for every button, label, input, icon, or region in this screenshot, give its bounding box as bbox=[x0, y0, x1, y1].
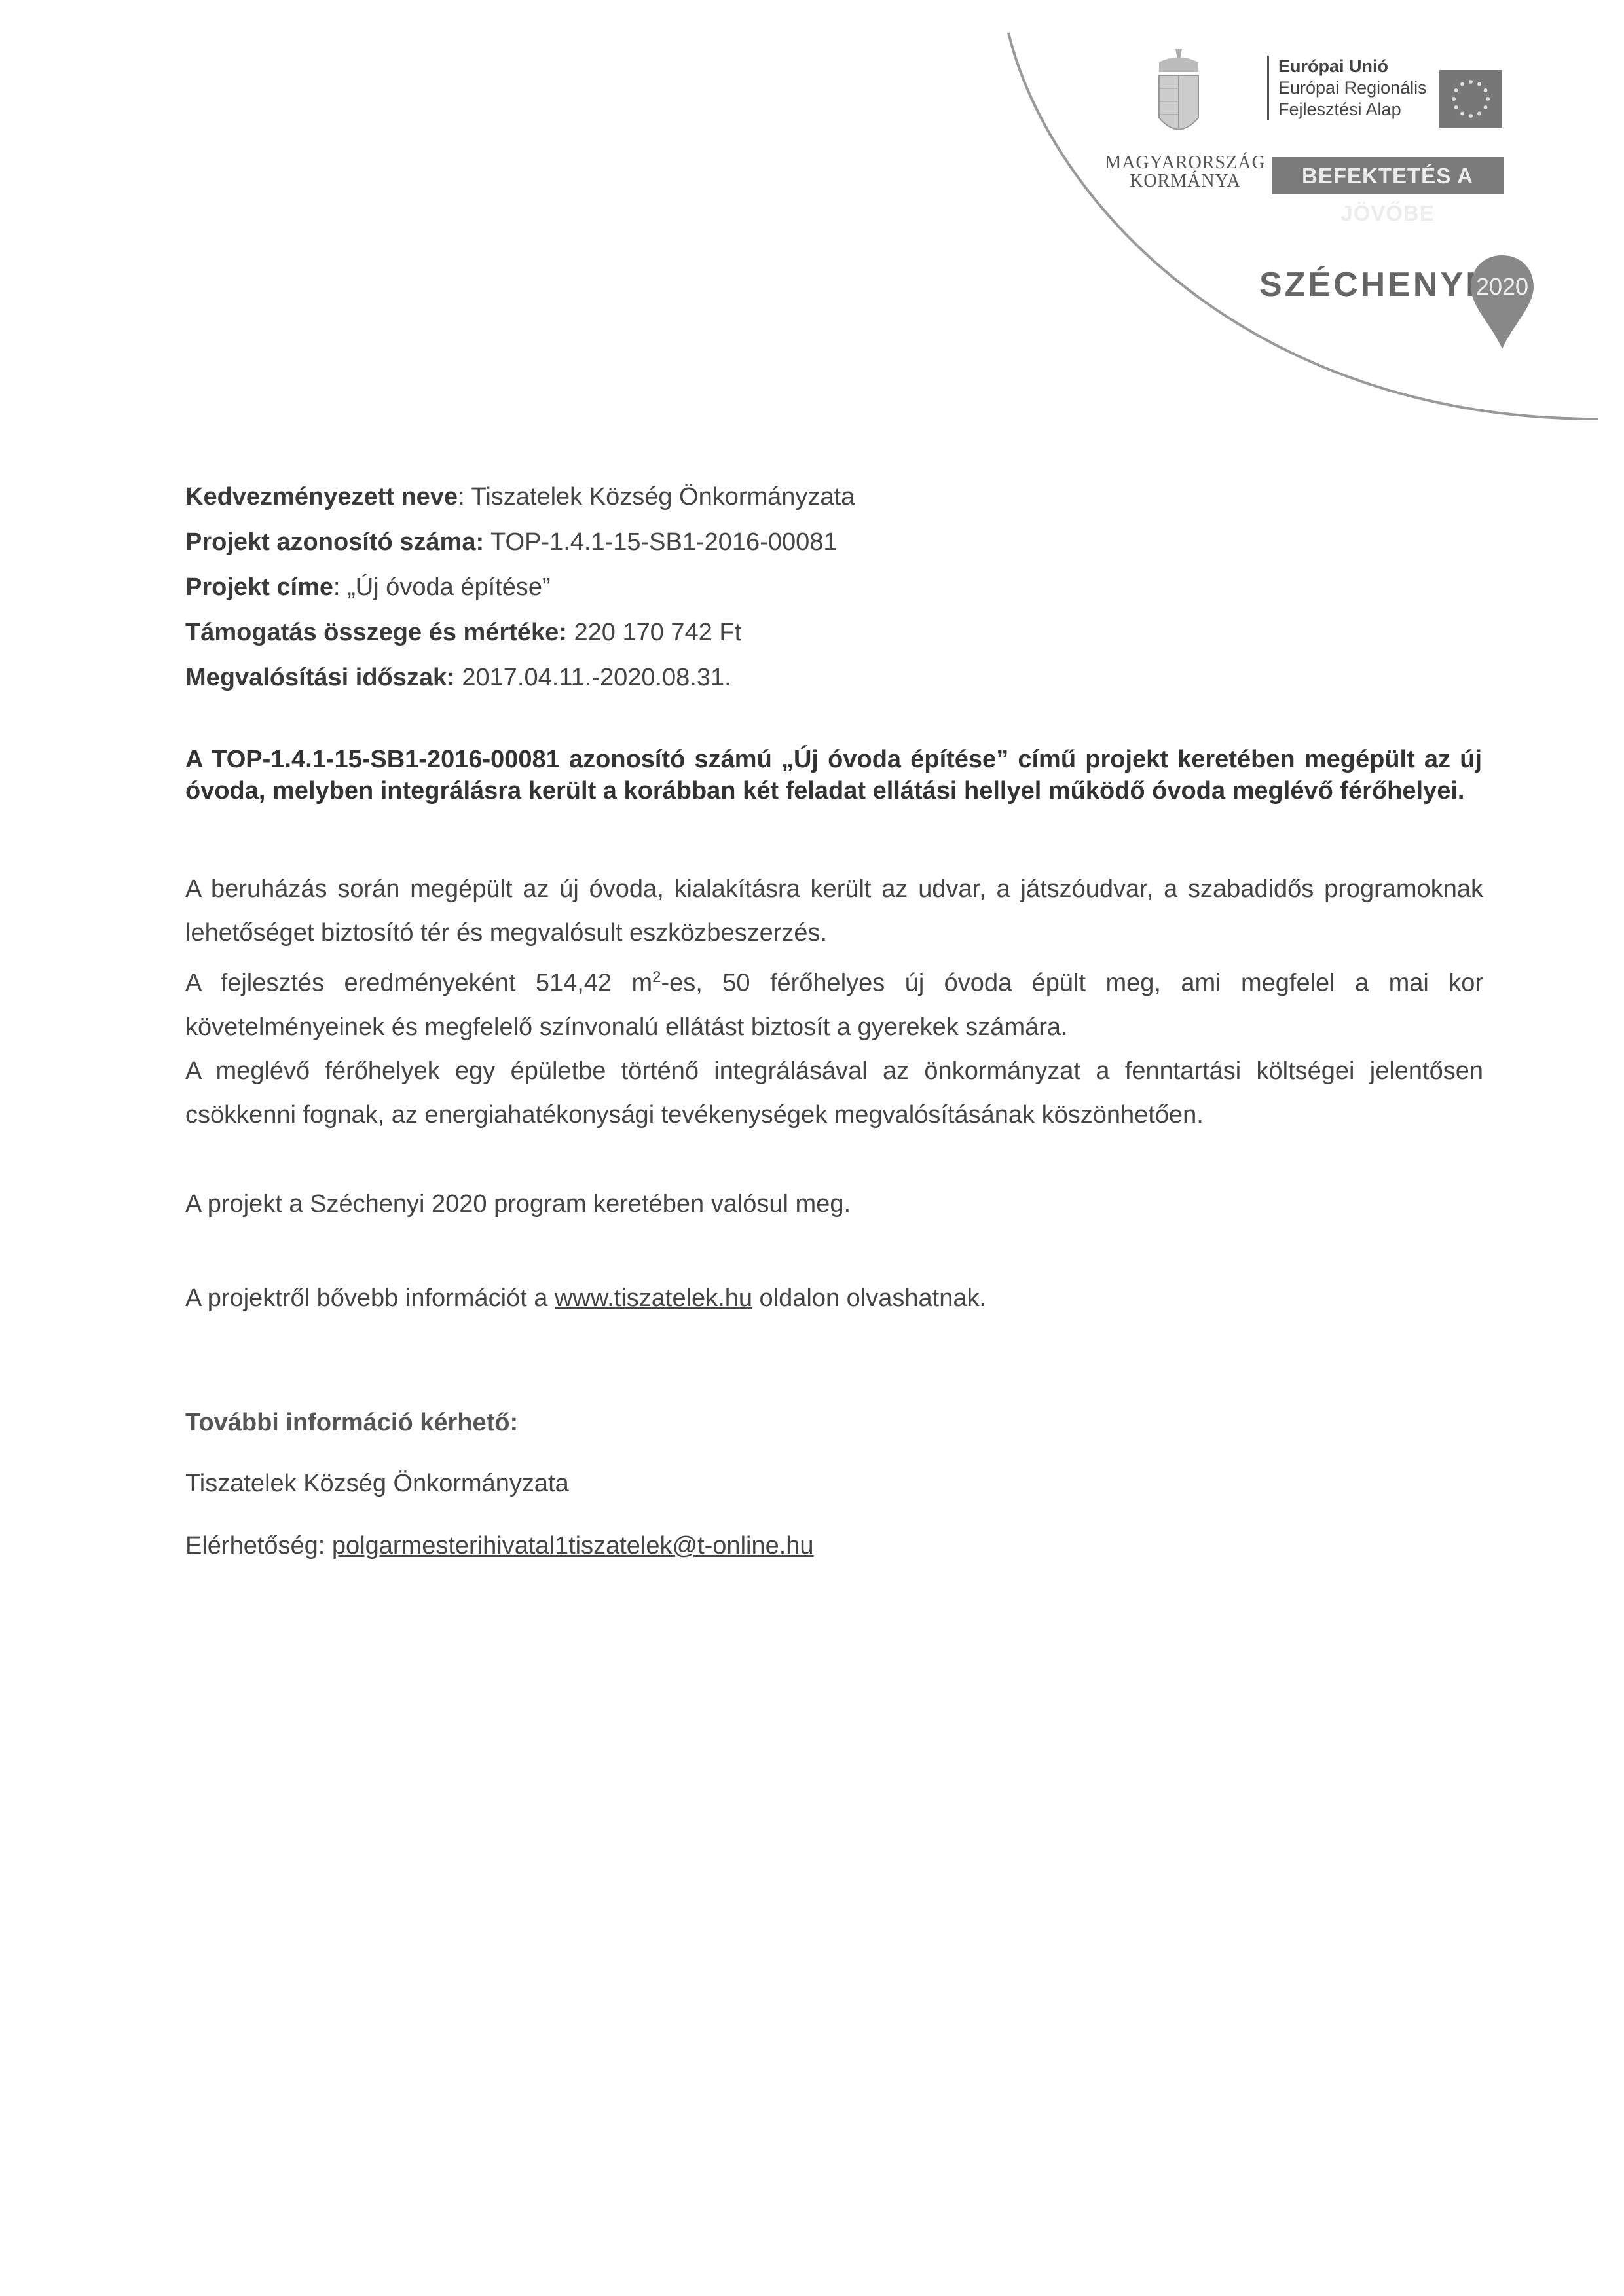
beneficiary-name-line: Kedvezményezett neve: Tiszatelek Község … bbox=[185, 483, 855, 511]
szechenyi-2020-pin-icon: 2020 bbox=[1469, 254, 1535, 352]
investing-in-future-banner: BEFEKTETÉS A JÖVŐBE bbox=[1272, 157, 1504, 194]
info-value: TOP-1.4.1-15-SB1-2016-00081 bbox=[490, 528, 838, 556]
email-link[interactable]: polgarmesterihivatal1tiszatelek@t-online… bbox=[332, 1532, 814, 1559]
info-label: Támogatás összege és mértéke: bbox=[185, 619, 567, 646]
info-value: 220 170 742 Ft bbox=[574, 619, 742, 646]
hungarian-coat-of-arms-icon bbox=[1153, 46, 1205, 144]
contact-heading: További információ kérhető: bbox=[185, 1409, 518, 1437]
implementation-period-line: Megvalósítási időszak: 2017.04.11.-2020.… bbox=[185, 664, 731, 692]
project-title-line: Projekt címe: „Új óvoda építése” bbox=[185, 574, 551, 602]
eu-title: Európai Unió bbox=[1278, 56, 1427, 77]
paragraph-result: A fejlesztés eredményeként 514,42 m2-es,… bbox=[185, 955, 1483, 1049]
eu-line-2: Európai Regionális bbox=[1278, 77, 1427, 99]
info-label: Megvalósítási időszak: bbox=[185, 664, 455, 691]
eu-line-3: Fejlesztési Alap bbox=[1278, 99, 1427, 120]
paragraph-investment: A beruházás során megépült az új óvoda, … bbox=[185, 867, 1483, 955]
szechenyi-logo-text: SZÉCHENYI bbox=[1259, 265, 1478, 304]
program-line: A projekt a Széchenyi 2020 program keret… bbox=[185, 1190, 851, 1218]
website-line: A projektről bővebb információt a www.ti… bbox=[185, 1285, 986, 1313]
project-id-line: Projekt azonosító száma: TOP-1.4.1-15-SB… bbox=[185, 528, 838, 556]
info-value: „Új óvoda építése” bbox=[347, 574, 551, 601]
government-line-1: Magyarország bbox=[1100, 154, 1270, 172]
eu-fund-text: Európai Unió Európai Regionális Fejleszt… bbox=[1267, 56, 1427, 120]
contact-organization: Tiszatelek Község Önkormányzata bbox=[185, 1470, 569, 1498]
government-logo-text: Magyarország Kormánya bbox=[1100, 154, 1270, 191]
info-value: 2017.04.11.-2020.08.31. bbox=[462, 664, 731, 691]
paragraph-integration: A meglévő férőhelyek egy épületbe történ… bbox=[185, 1049, 1483, 1137]
body-paragraphs: A beruházás során megépült az új óvoda, … bbox=[185, 867, 1483, 1137]
lead-paragraph: A TOP-1.4.1-15-SB1-2016-00081 azonosító … bbox=[185, 744, 1482, 807]
support-amount-line: Támogatás összege és mértéke: 220 170 74… bbox=[185, 619, 741, 647]
eu-flag-icon bbox=[1439, 70, 1502, 128]
government-line-2: Kormánya bbox=[1100, 172, 1270, 191]
svg-text:2020: 2020 bbox=[1476, 273, 1528, 300]
info-label: Kedvezményezett neve bbox=[185, 483, 458, 511]
info-value: Tiszatelek Község Önkormányzata bbox=[471, 483, 855, 511]
website-link[interactable]: www.tiszatelek.hu bbox=[555, 1285, 752, 1312]
info-label: Projekt azonosító száma: bbox=[185, 528, 484, 556]
contact-line: Elérhetőség: polgarmesterihivatal1tiszat… bbox=[185, 1532, 814, 1560]
info-label: Projekt címe bbox=[185, 574, 333, 601]
